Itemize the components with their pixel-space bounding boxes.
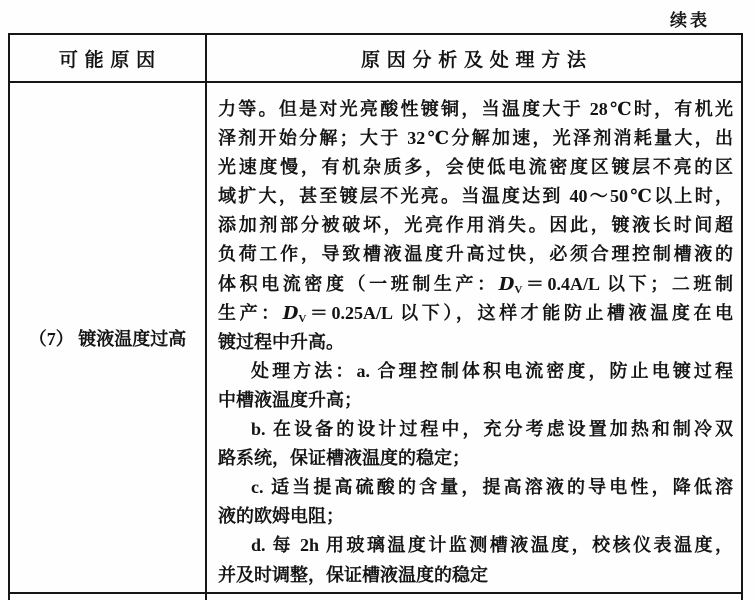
analysis-line: 液的欧姆电阻； <box>218 502 733 531</box>
analysis-line: d. 每 2h 用玻璃温度计监测槽液温度，校核仪表温度， <box>218 531 733 560</box>
analysis-line: 体积电流密度（一班制生产：DV＝0.4A/L 以下；二班制 <box>218 270 733 299</box>
analysis-line: 添加剂部分被破坏，光亮作用消失。因此，镀液长时间超 <box>218 211 733 240</box>
analysis-line: 生产：DV＝0.25A/L 以下），这样才能防止槽液温度在电 <box>218 299 733 328</box>
analysis-cell: 力等。但是对光亮酸性镀铜，当温度大于 28℃时，有机光泽剂开始分解；大于 32℃… <box>207 83 741 592</box>
analysis-line: 镀过程中升高。 <box>218 328 733 357</box>
analysis-line: 中槽液温度升高； <box>218 386 733 415</box>
header-cell-analysis-treatment: 原 因 分 析 及 处 理 方 法 <box>207 35 741 81</box>
cause-cell: （7） 镀液温度过高 <box>10 83 207 592</box>
analysis-line: 域扩大，甚至镀层不光亮。当温度达到 40～50℃以上时， <box>218 182 733 211</box>
header-cell-possible-cause: 可 能 原 因 <box>10 35 207 81</box>
analysis-line: 力等。但是对光亮酸性镀铜，当温度大于 28℃时，有机光 <box>218 95 733 124</box>
continued-table-label: 续表 <box>670 6 710 31</box>
analysis-line: 光速度慢，有机杂质多，会使低电流密度区镀层不亮的区 <box>218 153 733 182</box>
table-body-row: （7） 镀液温度过高 力等。但是对光亮酸性镀铜，当温度大于 28℃时，有机光泽剂… <box>10 83 741 594</box>
document-page: 续表 可 能 原 因 原 因 分 析 及 处 理 方 法 （7） 镀液温度过高 … <box>0 0 754 600</box>
next-row-stub-cause-cell <box>10 594 207 600</box>
analysis-line: b. 在设备的设计过程中，充分考虑设置加热和制冷双 <box>218 415 733 444</box>
analysis-line: 泽剂开始分解；大于 32℃分解加速，光泽剂消耗量大，出 <box>218 124 733 153</box>
analysis-line: c. 适当提高硫酸的含量，提高溶液的导电性，降低溶 <box>218 473 733 502</box>
table-header-row: 可 能 原 因 原 因 分 析 及 处 理 方 法 <box>10 35 741 83</box>
analysis-text: 力等。但是对光亮酸性镀铜，当温度大于 28℃时，有机光泽剂开始分解；大于 32℃… <box>218 95 733 590</box>
analysis-line: 并及时调整，保证槽液温度的稳定 <box>218 561 733 590</box>
analysis-line: 路系统，保证槽液温度的稳定； <box>218 444 733 473</box>
next-row-stub <box>10 594 741 600</box>
analysis-line: 负荷工作，导致槽液温度升高过快，必须合理控制槽液的 <box>218 240 733 269</box>
next-row-stub-analysis-cell <box>207 594 741 600</box>
troubleshooting-table: 可 能 原 因 原 因 分 析 及 处 理 方 法 （7） 镀液温度过高 力等。… <box>8 33 743 600</box>
analysis-line: 处理方法：a. 合理控制体积电流密度，防止电镀过程 <box>218 357 733 386</box>
